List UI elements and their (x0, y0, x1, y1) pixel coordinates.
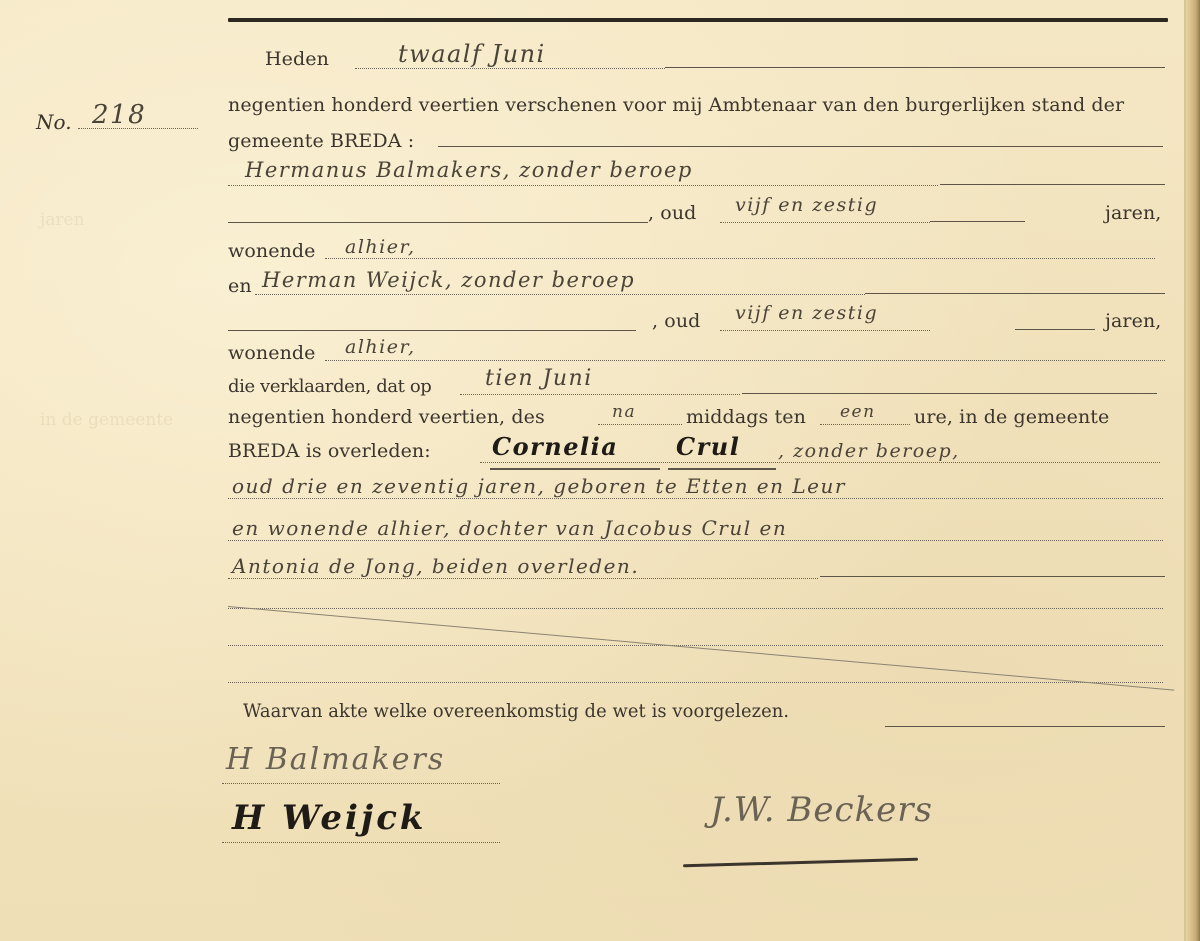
voor-na-line (598, 424, 682, 425)
jaren-label-2: jaren, (1105, 310, 1161, 332)
detail-text-2: en wonende alhier, dochter van Jacobus C… (232, 516, 787, 540)
date-of-death-rule (742, 393, 1157, 394)
detail-text-3: Antonia de Jong, beiden overleden. (232, 554, 639, 578)
date-of-act-line (355, 68, 665, 69)
blank-line-2 (228, 645, 1163, 646)
given-name-underline (490, 468, 660, 470)
surname-underline (668, 468, 776, 470)
strike-through-line (228, 606, 1174, 691)
deceased-line (480, 462, 1160, 463)
signature-line-2 (222, 842, 500, 843)
declarant-1-extra-rule (228, 222, 648, 223)
age-2-rule (1015, 329, 1095, 330)
hour-value: een (840, 402, 876, 422)
residence-2-line (325, 360, 1165, 361)
declarant-2-line (255, 294, 865, 295)
deceased-occupation: , zonder beroep, (778, 440, 960, 462)
detail-line-1 (228, 498, 1163, 499)
en-label: en (228, 275, 252, 297)
date-of-death-value: tien Juni (485, 366, 593, 391)
wonende-label-1: wonende (228, 240, 316, 262)
hour-line (820, 424, 910, 425)
declarant-2-extra-rule (228, 330, 636, 331)
residence-2-value: alhier, (345, 336, 416, 358)
age-2-line (720, 330, 930, 331)
signature-line-1 (222, 783, 500, 784)
oud-label-2: , oud (652, 310, 700, 332)
age-1-rule (930, 221, 1025, 222)
residence-1-value: alhier, (345, 236, 416, 258)
residence-1-line (325, 258, 1155, 259)
closing-text: Waarvan akte welke overeenkomstig de wet… (243, 700, 789, 722)
verklaarden-label: die verklaarden, dat op (228, 376, 431, 397)
middags-ten-label: middags ten (686, 406, 806, 428)
blank-line-1 (228, 608, 1163, 609)
declarant-1-value: Hermanus Balmakers, zonder beroep (245, 158, 693, 182)
date-of-death-line (460, 394, 740, 395)
age-1-line (720, 222, 930, 223)
detail-line-3-rule (820, 576, 1165, 577)
signature-declarant-1: H Balmakers (226, 742, 445, 777)
detail-line-2 (228, 540, 1163, 541)
date-of-act-value: twaalf Juni (398, 40, 546, 68)
jaren-label-1: jaren, (1105, 202, 1161, 224)
page-binding-edge (1186, 0, 1200, 941)
voor-na-value: na (612, 402, 636, 422)
declarant-2-value: Herman Weijck, zonder beroep (262, 268, 635, 292)
declarant-1-line (228, 185, 938, 186)
registrar-underline (683, 858, 918, 868)
record-number-value: 218 (92, 100, 146, 130)
detail-line-3 (228, 578, 818, 579)
record-number-label: No. (36, 110, 72, 134)
signature-registrar: J.W. Beckers (710, 790, 933, 830)
signature-declarant-2: H Weijck (232, 798, 426, 838)
declarant-2-rule (865, 293, 1165, 294)
year-appearance-text: negentien honderd veertien verschenen vo… (228, 94, 1124, 116)
deceased-surname: Crul (676, 432, 740, 461)
closing-rule (885, 726, 1165, 727)
detail-text-1: oud drie en zeventig jaren, geboren te E… (232, 474, 846, 498)
gemeente-label: gemeente BREDA : (228, 130, 414, 152)
wonende-label-2: wonende (228, 342, 316, 364)
page-binding-line (1184, 0, 1186, 941)
blank-line-3 (228, 682, 1163, 683)
deceased-given-name: Cornelia (492, 432, 618, 461)
gemeente-rule (438, 146, 1163, 147)
bleed-through-text: in de gemeente (40, 410, 173, 430)
age-2-value: vijf en zestig (735, 302, 878, 324)
heden-label: Heden (265, 48, 329, 70)
date-of-act-rule (665, 67, 1165, 68)
bleed-through-text: jaren (40, 210, 85, 230)
oud-label-1: , oud (648, 202, 696, 224)
year-des-text: negentien honderd veertien, des (228, 406, 545, 428)
age-1-value: vijf en zestig (735, 194, 878, 216)
ure-gemeente-label: ure, in de gemeente (914, 406, 1109, 428)
declarant-1-rule (940, 184, 1165, 185)
top-rule (228, 18, 1168, 22)
overleden-label: BREDA is overleden: (228, 440, 431, 462)
